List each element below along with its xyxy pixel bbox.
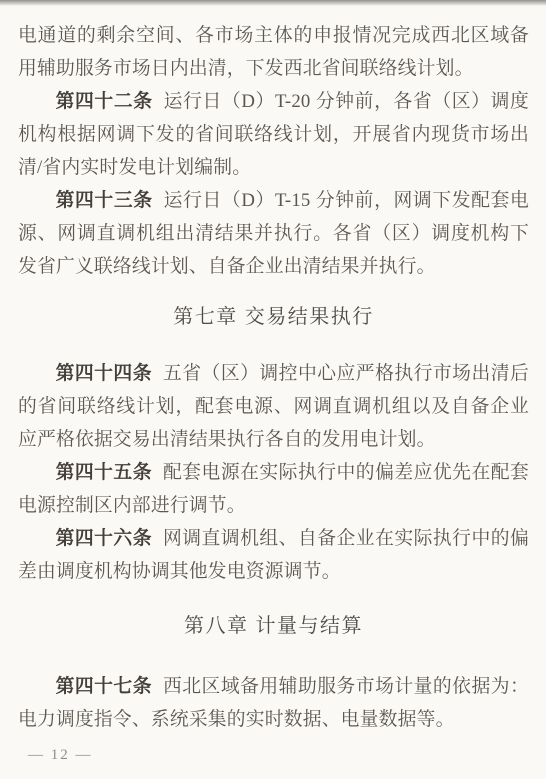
paragraph-continuation: 电通道的剩余空间、各市场主体的申报情况完成西北区域备用辅助服务市场日内出清，下发… (18, 19, 529, 85)
scan-edge-shadow (0, 0, 546, 6)
article-44-paragraph: 第四十四条五省（区）调控中心应严格执行市场出清后的省间联络线计划，配套电源、网调… (18, 357, 529, 456)
article-44-term: 第四十四条 (56, 363, 152, 384)
article-45-term: 第四十五条 (56, 462, 152, 483)
article-45-paragraph: 第四十五条配套电源在实际执行中的偏差应优先在配套电源控制区内部进行调节。 (18, 456, 529, 522)
article-42-term: 第四十二条 (56, 91, 153, 112)
article-43-term: 第四十三条 (56, 190, 153, 211)
article-46-term: 第四十六条 (56, 528, 152, 549)
page-number-footer: — 12 — (18, 745, 529, 765)
article-43-paragraph: 第四十三条运行日（D）T-15 分钟前，网调下发配套电源、网调直调机组出清结果并… (18, 184, 529, 283)
chapter-7-heading: 第七章 交易结果执行 (18, 303, 529, 331)
article-42-paragraph: 第四十二条运行日（D）T-20 分钟前，各省（区）调度机构根据网调下发的省间联络… (18, 85, 529, 184)
document-page: 电通道的剩余空间、各市场主体的申报情况完成西北区域备用辅助服务市场日内出清，下发… (0, 0, 546, 779)
article-47-term: 第四十七条 (56, 676, 152, 697)
chapter-8-heading: 第八章 计量与结算 (18, 612, 529, 640)
article-46-paragraph: 第四十六条网调直调机组、自备企业在实际执行中的偏差由调度机构协调其他发电资源调节… (18, 522, 529, 588)
article-47-paragraph: 第四十七条西北区域备用辅助服务市场计量的依据为：电力调度指令、系统采集的实时数据… (18, 670, 529, 736)
